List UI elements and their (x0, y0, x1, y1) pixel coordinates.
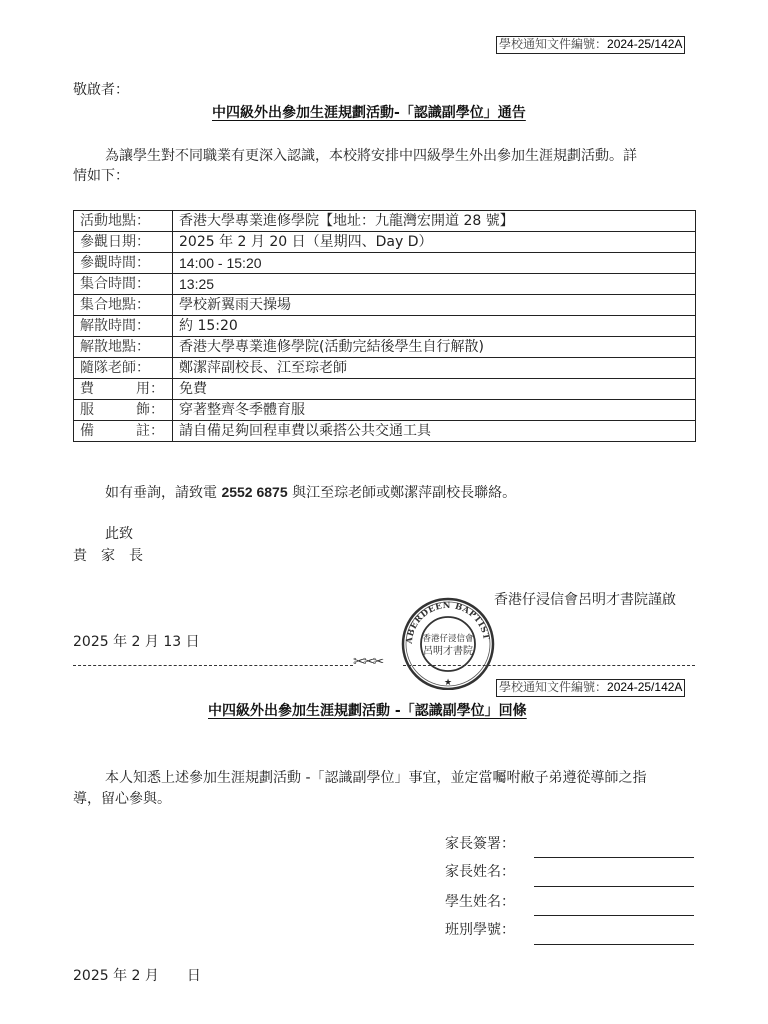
closing-1: 此致 (105, 522, 133, 546)
detail-value: 香港大學專業進修學院(活動完結後學生自行解散) (173, 337, 696, 358)
parent-signature-field[interactable] (534, 857, 694, 858)
detail-label: 集合地點： (74, 295, 173, 316)
intro-line-1: 為讓學生對不同職業有更深入認識，本校將安排中四級學生外出參加生涯規劃活動。詳 (105, 144, 637, 168)
reply-body-line-1: 本人知悉上述參加生涯規劃活動 -「認識副學位」事宜，並定當囑咐敝子弟遵從導師之指 (105, 766, 647, 790)
field-label-parent-signature: 家長簽署： (445, 832, 515, 856)
table-row: 服飾： 穿著整齊冬季體育服 (74, 400, 696, 421)
notice-title: 中四級外出參加生涯規劃活動-「認識副學位」通告 (212, 102, 526, 122)
detail-label: 費用： (74, 379, 173, 400)
signoff: 香港仔浸信會呂明才書院謹啟 (494, 588, 676, 612)
svg-text:★: ★ (444, 678, 452, 688)
detail-value: 免費 (173, 379, 696, 400)
reply-doc-number-box: 學校通知文件編號：2024-25/142A (496, 679, 685, 697)
table-row: 隨隊老師： 鄭潔萍副校長、江至琮老師 (74, 358, 696, 379)
doc-number: 2024-25/142A (607, 37, 682, 51)
table-row: 集合時間： 13:25 (74, 274, 696, 295)
table-row: 備註： 請自備足夠回程車費以乘搭公共交通工具 (74, 421, 696, 442)
cut-line: ✂✂✂ (73, 659, 695, 669)
parent-name-field[interactable] (534, 886, 694, 887)
table-row: 參觀日期： 2025 年 2 月 20 日（星期四、Day D） (74, 232, 696, 253)
class-number-field[interactable] (534, 944, 694, 945)
table-row: 解散地點： 香港大學專業進修學院(活動完結後學生自行解散) (74, 337, 696, 358)
detail-label: 活動地點： (74, 211, 173, 232)
detail-label: 集合時間： (74, 274, 173, 295)
field-label-student-name: 學生姓名： (445, 890, 515, 914)
detail-value: 13:25 (173, 274, 696, 295)
detail-value: 請自備足夠回程車費以乘搭公共交通工具 (173, 421, 696, 442)
detail-value: 約 15:20 (173, 316, 696, 337)
enquiry-text: 如有垂詢，請致電 2552 6875 與江至琮老師或鄭潔萍副校長聯絡。 (105, 480, 516, 505)
doc-number-label: 學校通知文件編號： (499, 37, 607, 51)
table-row: 活動地點： 香港大學專業進修學院【地址：九龍灣宏開道 28 號】 (74, 211, 696, 232)
detail-label: 解散時間： (74, 316, 173, 337)
reply-body-line-2: 導，留心參與。 (73, 787, 171, 811)
svg-text:香港仔浸信會: 香港仔浸信會 (422, 633, 474, 644)
table-row: 參觀時間： 14:00 - 15:20 (74, 253, 696, 274)
detail-label: 參觀時間： (74, 253, 173, 274)
doc-number-label: 學校通知文件編號： (499, 680, 607, 694)
detail-label: 隨隊老師： (74, 358, 173, 379)
detail-value: 鄭潔萍副校長、江至琮老師 (173, 358, 696, 379)
salutation: 敬啟者： (73, 78, 129, 102)
notice-date: 2025 年 2 月 13 日 (73, 630, 200, 654)
seal-icon: ABERDEEN BAPTIST LUI MING CHOI COLLEGE 香… (398, 594, 498, 690)
field-label-parent-name: 家長姓名： (445, 860, 515, 884)
detail-value: 香港大學專業進修學院【地址：九龍灣宏開道 28 號】 (173, 211, 696, 232)
scissors-icon: ✂✂✂ (353, 654, 382, 670)
detail-label: 服飾： (74, 400, 173, 421)
reply-slip-title: 中四級外出參加生涯規劃活動 -「認識副學位」回條 (208, 700, 527, 720)
detail-label: 備註： (74, 421, 173, 442)
table-row: 費用： 免費 (74, 379, 696, 400)
table-row: 集合地點： 學校新翼雨天操場 (74, 295, 696, 316)
intro-line-2: 情如下： (73, 164, 129, 188)
detail-value: 14:00 - 15:20 (173, 253, 696, 274)
doc-number-box: 學校通知文件編號：2024-25/142A (496, 36, 685, 54)
field-label-class-number: 班別學號： (445, 918, 515, 942)
school-seal: ABERDEEN BAPTIST LUI MING CHOI COLLEGE 香… (398, 594, 498, 690)
enquiry-phone: 2552 6875 (221, 484, 287, 500)
closing-2: 貴 家 長 (73, 544, 143, 568)
table-row: 解散時間： 約 15:20 (74, 316, 696, 337)
detail-label: 參觀日期： (74, 232, 173, 253)
student-name-field[interactable] (534, 915, 694, 916)
reply-date: 2025 年 2 月 日 (73, 964, 201, 988)
detail-value: 學校新翼雨天操場 (173, 295, 696, 316)
dashed-divider (403, 665, 695, 666)
detail-value: 穿著整齊冬季體育服 (173, 400, 696, 421)
svg-text:呂明才書院: 呂明才書院 (423, 644, 473, 657)
details-table: 活動地點： 香港大學專業進修學院【地址：九龍灣宏開道 28 號】 參觀日期： 2… (73, 210, 696, 442)
doc-number: 2024-25/142A (607, 680, 682, 694)
dashed-divider (73, 665, 353, 666)
detail-label: 解散地點： (74, 337, 173, 358)
detail-value: 2025 年 2 月 20 日（星期四、Day D） (173, 232, 696, 253)
